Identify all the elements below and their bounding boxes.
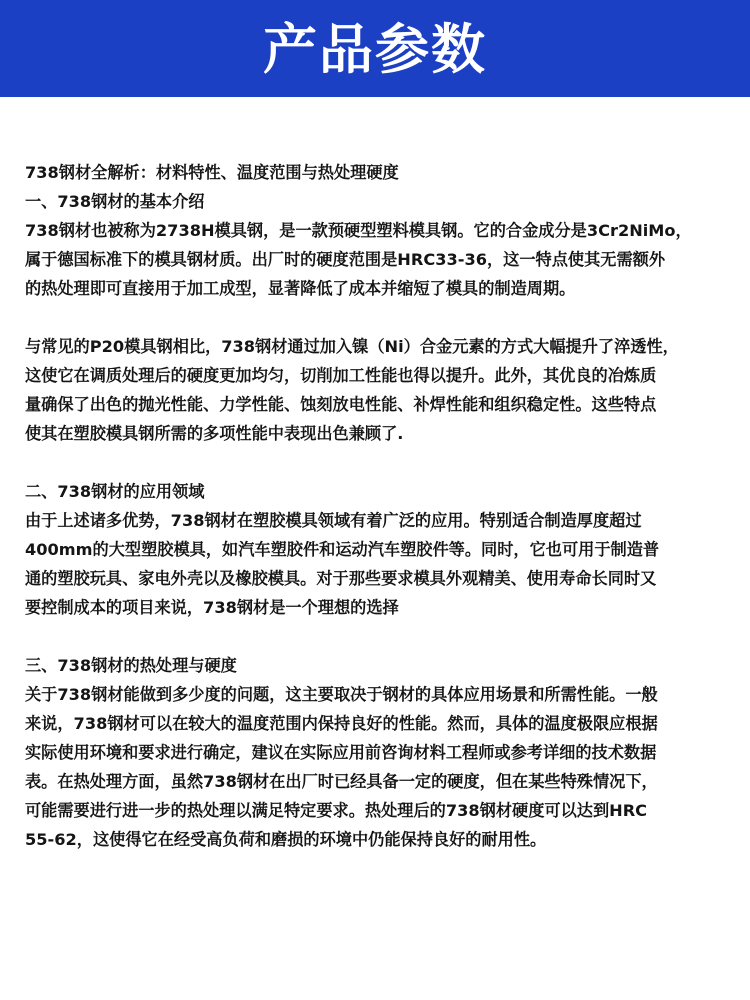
paragraph-line: 由于上述诸多优势，738钢材在塑胶模具领域有着广泛的应用。特别适合制造厚度超过 — [25, 506, 745, 535]
paragraph-line: 与常见的P20模具钢相比，738钢材通过加入镍（Ni）合金元素的方式大幅提升了淬… — [25, 332, 745, 361]
page-title: 产品参数 — [263, 23, 487, 77]
paragraph: 关于738钢材能做到多少度的问题，这主要取决于钢材的具体应用场景和所需性能。一般… — [25, 680, 745, 854]
header-banner: 产品参数 — [0, 0, 750, 97]
section-heading-heat-treatment: 三、738钢材的热处理与硬度 — [25, 651, 745, 680]
paragraph-line: 通的塑胶玩具、家电外壳以及橡胶模具。对于那些要求模具外观精美、使用寿命长同时又 — [25, 564, 745, 593]
section-heading-intro: 一、738钢材的基本介绍 — [25, 187, 745, 216]
paragraph-line: 400mm的大型塑胶模具，如汽车塑胶件和运动汽车塑胶件等。同时，它也可用于制造普 — [25, 535, 745, 564]
paragraph-line: 的热处理即可直接用于加工成型，显著降低了成本并缩短了模具的制造周期。 — [25, 274, 745, 303]
paragraph-line: 这使它在调质处理后的硬度更加均匀，切削加工性能也得以提升。此外，其优良的冶炼质 — [25, 361, 745, 390]
paragraph-line: 属于德国标准下的模具钢材质。出厂时的硬度范围是HRC33-36，这一特点使其无需… — [25, 245, 745, 274]
paragraph: 由于上述诸多优势，738钢材在塑胶模具领域有着广泛的应用。特别适合制造厚度超过 … — [25, 506, 745, 622]
paragraph: 与常见的P20模具钢相比，738钢材通过加入镍（Ni）合金元素的方式大幅提升了淬… — [25, 332, 745, 448]
spacer — [25, 622, 745, 651]
paragraph-line: 738钢材也被称为2738H模具钢，是一款预硬型塑料模具钢。它的合金成分是3Cr… — [25, 216, 745, 245]
spacer — [25, 448, 745, 477]
paragraph-line: 表。在热处理方面，虽然738钢材在出厂时已经具备一定的硬度，但在某些特殊情况下， — [25, 767, 745, 796]
paragraph-line: 可能需要进行进一步的热处理以满足特定要求。热处理后的738钢材硬度可以达到HRC — [25, 796, 745, 825]
article-title: 738钢材全解析：材料特性、温度范围与热处理硬度 — [25, 158, 745, 187]
paragraph-line: 实际使用环境和要求进行确定，建议在实际应用前咨询材料工程师或参考详细的技术数据 — [25, 738, 745, 767]
paragraph-line: 使其在塑胶模具钢所需的多项性能中表现出色兼顾了. — [25, 419, 745, 448]
paragraph-line: 要控制成本的项目来说，738钢材是一个理想的选择 — [25, 593, 745, 622]
spacer — [25, 303, 745, 332]
article-body: 738钢材全解析：材料特性、温度范围与热处理硬度 一、738钢材的基本介绍 73… — [25, 158, 745, 854]
paragraph-line: 关于738钢材能做到多少度的问题，这主要取决于钢材的具体应用场景和所需性能。一般 — [25, 680, 745, 709]
paragraph-line: 来说，738钢材可以在较大的温度范围内保持良好的性能。然而，具体的温度极限应根据 — [25, 709, 745, 738]
paragraph-line: 量确保了出色的抛光性能、力学性能、蚀刻放电性能、补焊性能和组织稳定性。这些特点 — [25, 390, 745, 419]
paragraph-line: 55-62，这使得它在经受高负荷和磨损的环境中仍能保持良好的耐用性。 — [25, 825, 745, 854]
section-heading-applications: 二、738钢材的应用领域 — [25, 477, 745, 506]
paragraph: 738钢材也被称为2738H模具钢，是一款预硬型塑料模具钢。它的合金成分是3Cr… — [25, 216, 745, 303]
